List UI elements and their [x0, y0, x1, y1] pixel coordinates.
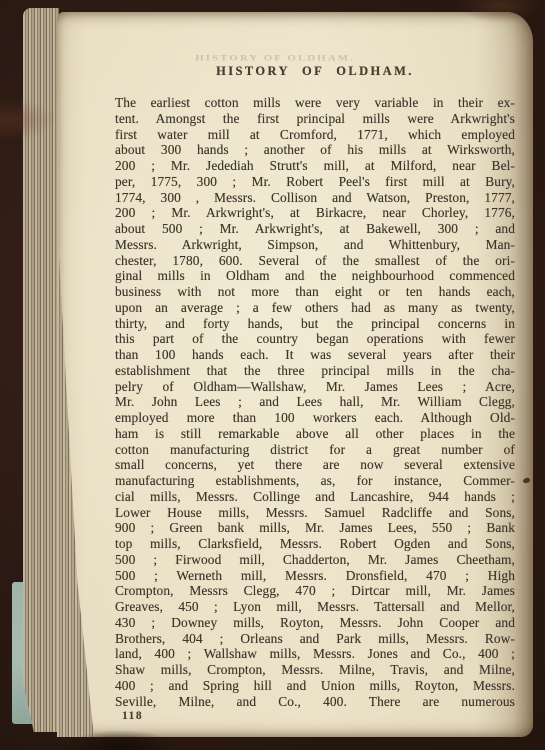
text-line: Lower House mills, Messrs. Samuel Radcli… — [115, 505, 515, 521]
text-line: cial mills, Messrs. Collinge and Lancash… — [115, 489, 515, 505]
text-line: Messrs. Arkwright, Simpson, and Whittenb… — [115, 237, 515, 253]
text-line: Crompton, Messrs Clegg, 470 ; Dirtcar mi… — [115, 583, 515, 599]
text-line: tent. Amongst the first principal mills … — [115, 111, 515, 127]
text-line: ginal mills in Oldham and the neighbourh… — [115, 268, 515, 284]
text-line: land, 400 ; Wallshaw mills, Messrs. Jone… — [115, 646, 515, 662]
text-line: this part of the country began operation… — [115, 331, 515, 347]
text-line: cotton manufacturing district for a grea… — [115, 442, 515, 458]
text-line: 900 ; Green bank mills, Mr. James Lees, … — [115, 520, 515, 536]
text-line: business with not more than eight or ten… — [115, 284, 515, 300]
text-line: 500 ; Werneth mill, Messrs. Dronsfield, … — [115, 568, 515, 584]
page-blemish-speck — [523, 477, 531, 483]
text-line: small concerns, yet there are now severa… — [115, 457, 515, 473]
text-line: about 300 hands ; another of his mills a… — [115, 142, 515, 158]
text-line: top mills, Clarksfield, Messrs. Robert O… — [115, 536, 515, 552]
page-content: HISTORY OF OLDHAM. The earliest cotton m… — [115, 64, 515, 722]
text-line: 1774, 300 , Messrs. Collison and Watson,… — [115, 190, 515, 206]
text-line: about 500 ; Mr. Arkwright's, at Bakewell… — [115, 221, 515, 237]
text-line: 500 ; Firwood mill, Chadderton, Mr. Jame… — [115, 552, 515, 568]
body-paragraph: The earliest cotton mills were very vari… — [115, 95, 515, 709]
show-through-ghost-text: HISTORY OF OLDHAM. — [57, 53, 493, 63]
text-line: 430 ; Downey mills, Royton, Messrs. John… — [115, 615, 515, 631]
text-line: upon an average ; a few others had as ma… — [115, 300, 515, 316]
text-line: 200 ; Mr. Jedediah Strutt's mill, at Mil… — [115, 158, 515, 174]
text-line: The earliest cotton mills were very vari… — [115, 95, 515, 111]
text-line: pelry of Oldham—Wallshaw, Mr. James Lees… — [115, 379, 515, 395]
text-line: first water mill at Cromford, 1771, whic… — [115, 127, 515, 143]
photo-of-open-book: { "book": { "running_head": "HISTORY OF … — [0, 0, 545, 750]
text-line: manufacturing establishments, as, for in… — [115, 473, 515, 489]
text-line: chester, 1780, 600. Several of the small… — [115, 253, 515, 269]
book-page-edges — [23, 8, 59, 732]
page-number: 118 — [115, 710, 515, 722]
text-line: Mr. John Lees ; and Lees hall, Mr. Willi… — [115, 394, 515, 410]
text-line: than 100 hands each. It was several year… — [115, 347, 515, 363]
text-line: Greaves, 450 ; Lyon mill, Messrs. Tatter… — [115, 599, 515, 615]
text-line: Shaw mills, Crompton, Messrs. Milne, Tra… — [115, 662, 515, 678]
text-line: employed more than 100 workers each. Alt… — [115, 410, 515, 426]
text-line: Brothers, 404 ; Orleans and Park mills, … — [115, 631, 515, 647]
text-line: Seville, Milne, and Co., 400. There are … — [115, 694, 515, 710]
running-head: HISTORY OF OLDHAM. — [115, 64, 515, 79]
text-line: establishment that the three principal m… — [115, 363, 515, 379]
text-line: per, 1775, 300 ; Mr. Robert Peel's first… — [115, 174, 515, 190]
text-line: 200 ; Mr. Arkwright's, at Birkacre, near… — [115, 205, 515, 221]
text-line: thirty, and forty hands, but the princip… — [115, 316, 515, 332]
text-line: 400 ; and Spring hill and Union mills, R… — [115, 678, 515, 694]
book-page: HISTORY OF OLDHAM. HISTORY OF OLDHAM. Th… — [57, 12, 533, 737]
text-line: ham is still remarkable above all other … — [115, 426, 515, 442]
